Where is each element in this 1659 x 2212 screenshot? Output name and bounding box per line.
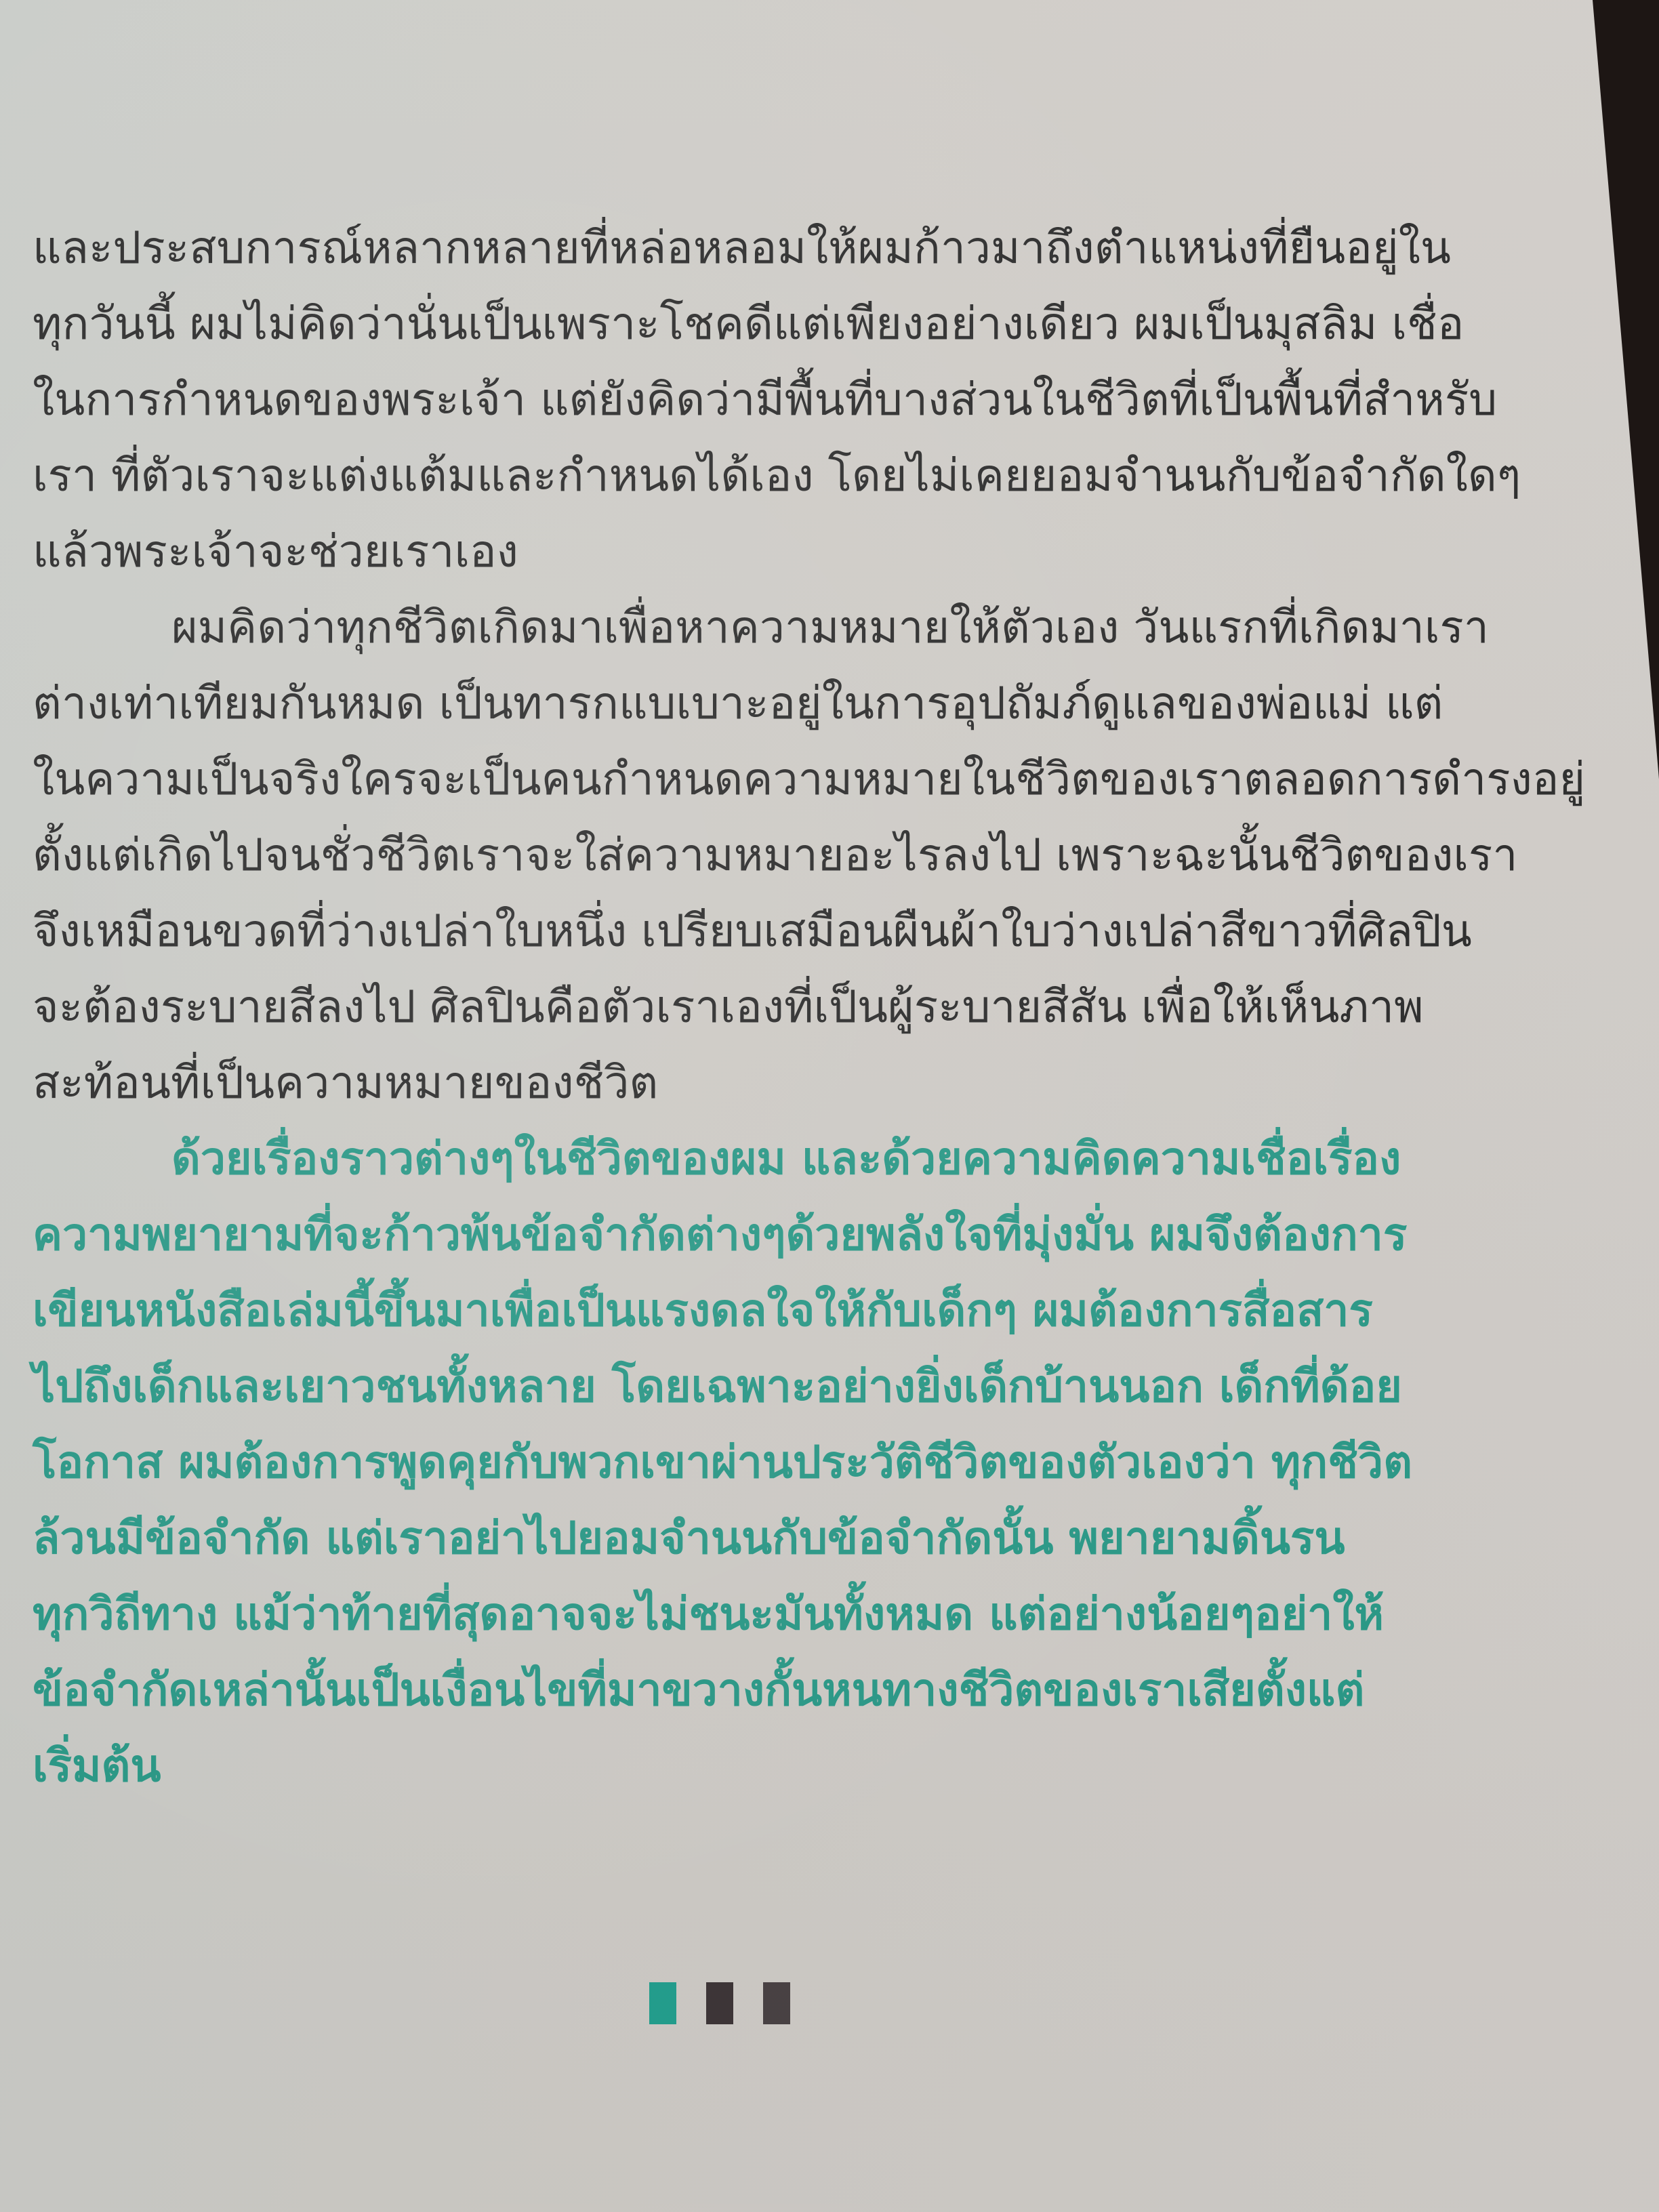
grey-square-mark — [763, 1982, 790, 2024]
paragraph-3-highlighted: ด้วยเรื่องราวต่างๆในชีวิตของผม และด้วยคว… — [33, 1121, 1449, 1804]
text-line: จึงเหมือนขวดที่ว่างเปล่าใบหนึ่ง เปรียบเส… — [33, 893, 1449, 969]
text-line: ต่างเท่าเทียมกันหมด เป็นทารกแบเบาะอยู่ใน… — [33, 665, 1449, 741]
text-line: ไปถึงเด็กและเยาวชนทั้งหลาย โดยเฉพาะอย่าง… — [33, 1349, 1449, 1425]
text-line: จะต้องระบายสีลงไป ศิลปินคือตัวเราเองที่เ… — [33, 969, 1449, 1045]
book-page: และประสบการณ์หลากหลายที่หล่อหลอมให้ผมก้า… — [0, 0, 1659, 2212]
text-line: เขียนหนังสือเล่มนี้ขึ้นมาเพื่อเป็นแรงดลใ… — [33, 1273, 1449, 1349]
paragraph-1: และประสบการณ์หลากหลายที่หล่อหลอมให้ผมก้า… — [33, 210, 1449, 590]
text-line: ด้วยเรื่องราวต่างๆในชีวิตของผม และด้วยคว… — [33, 1121, 1449, 1197]
text-line: สะท้อนที่เป็นความหมายของชีวิต — [33, 1045, 1449, 1121]
text-line: ทุกวันนี้ ผมไม่คิดว่านั่นเป็นเพราะโชคดีแ… — [33, 286, 1449, 362]
text-line: แล้วพระเจ้าจะช่วยเราเอง — [33, 514, 1449, 590]
text-line: เรา ที่ตัวเราจะแต่งแต้มและกำหนดได้เอง โด… — [33, 438, 1449, 514]
text-line: ผมคิดว่าทุกชีวิตเกิดมาเพื่อหาความหมายให้… — [33, 590, 1449, 665]
page-text: และประสบการณ์หลากหลายที่หล่อหลอมให้ผมก้า… — [33, 210, 1449, 1804]
text-line: ทุกวิถีทาง แม้ว่าท้ายที่สุดอาจจะไม่ชนะมั… — [33, 1576, 1449, 1652]
text-line: โอกาส ผมต้องการพูดคุยกับพวกเขาผ่านประวัต… — [33, 1425, 1449, 1500]
text-line: ล้วนมีข้อจำกัด แต่เราอย่าไปยอมจำนนกับข้อ… — [33, 1500, 1449, 1576]
teal-square-mark — [649, 1982, 676, 2024]
section-end-marks — [649, 1982, 790, 2024]
text-line: ความพยายามที่จะก้าวพ้นข้อจำกัดต่างๆด้วยพ… — [33, 1197, 1449, 1273]
text-line: ในความเป็นจริงใครจะเป็นคนกำหนดความหมายใน… — [33, 741, 1449, 817]
text-line: เริ่มต้น — [33, 1728, 1449, 1804]
text-line: ข้อจำกัดเหล่านั้นเป็นเงื่อนไขที่มาขวางกั… — [33, 1652, 1449, 1728]
dark-square-mark — [706, 1982, 733, 2024]
text-line: ในการกำหนดของพระเจ้า แต่ยังคิดว่ามีพื้นท… — [33, 362, 1449, 438]
text-line: ตั้งแต่เกิดไปจนชั่วชีวิตเราจะใส่ความหมาย… — [33, 817, 1449, 893]
text-line: และประสบการณ์หลากหลายที่หล่อหลอมให้ผมก้า… — [33, 210, 1449, 286]
paragraph-2: ผมคิดว่าทุกชีวิตเกิดมาเพื่อหาความหมายให้… — [33, 590, 1449, 1121]
